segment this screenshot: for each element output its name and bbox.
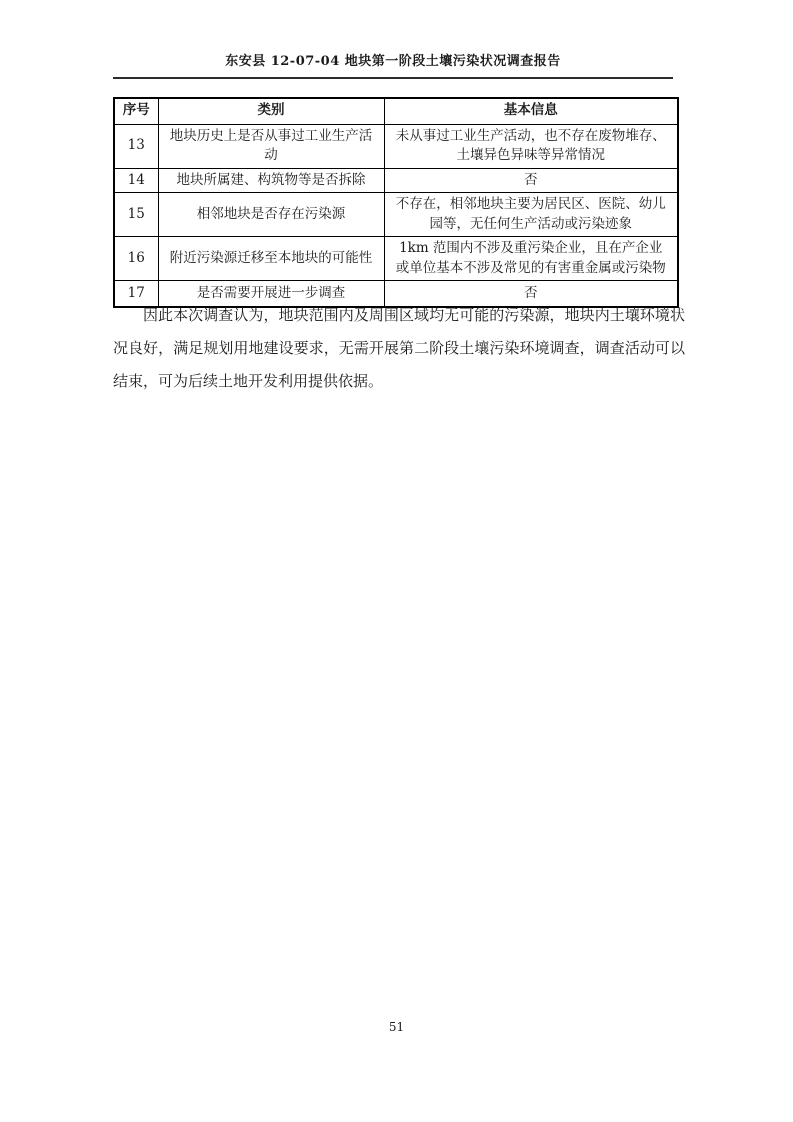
column-header-no: 序号 [114,98,158,124]
cell-category: 附近污染源迁移至本地块的可能性 [158,237,384,281]
cell-info: 否 [384,168,678,193]
column-header-category: 类别 [158,98,384,124]
cell-category: 相邻地块是否存在污染源 [158,193,384,237]
site-survey-info-table: 序号 类别 基本信息 13 地块历史上是否从事过工业生产活动 未从事过工业生产活… [113,97,679,308]
cell-no: 16 [114,237,158,281]
column-header-info: 基本信息 [384,98,678,124]
cell-no: 14 [114,168,158,193]
cell-info: 1km 范围内不涉及重污染企业，且在产企业或单位基本不涉及常见的有害重金属或污染… [384,237,678,281]
conclusion-paragraph: 因此本次调查认为，地块范围内及周围区域均无可能的污染源，地块内土壤环境状况良好，… [113,299,685,398]
header-rule [113,77,673,79]
document-page: 东安县 12-07-04 地块第一阶段土壤污染状况调查报告 序号 类别 基本信息… [0,0,793,1122]
cell-category: 地块所属建、构筑物等是否拆除 [158,168,384,193]
page-footer: 51 [0,1020,793,1034]
cell-info: 不存在，相邻地块主要为居民区、医院、幼儿园等，无任何生产活动或污染迹象 [384,193,678,237]
report-title: 东安县 12-07-04 地块第一阶段土壤污染状况调查报告 [113,50,673,69]
table-row: 15 相邻地块是否存在污染源 不存在，相邻地块主要为居民区、医院、幼儿园等，无任… [114,193,678,237]
page-number: 51 [389,1020,404,1034]
cell-info: 未从事过工业生产活动，也不存在废物堆存、土壤异色异味等异常情况 [384,124,678,168]
table-row: 14 地块所属建、构筑物等是否拆除 否 [114,168,678,193]
table-row: 16 附近污染源迁移至本地块的可能性 1km 范围内不涉及重污染企业，且在产企业… [114,237,678,281]
running-header: 东安县 12-07-04 地块第一阶段土壤污染状况调查报告 [113,50,673,79]
table-header-row: 序号 类别 基本信息 [114,98,678,124]
table-row: 13 地块历史上是否从事过工业生产活动 未从事过工业生产活动，也不存在废物堆存、… [114,124,678,168]
cell-no: 13 [114,124,158,168]
cell-category: 地块历史上是否从事过工业生产活动 [158,124,384,168]
cell-no: 15 [114,193,158,237]
